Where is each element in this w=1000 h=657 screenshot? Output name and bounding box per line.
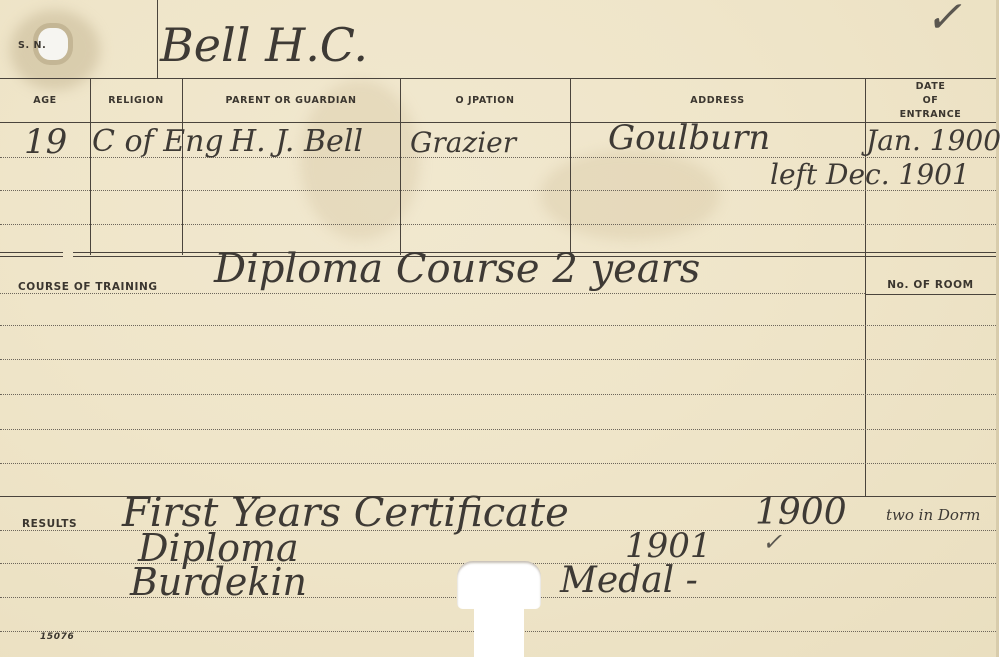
- form-number: 15076: [40, 632, 74, 642]
- entry-rule: [0, 224, 996, 225]
- header-religion: RELIGION: [90, 95, 182, 106]
- course-rule: [0, 293, 865, 294]
- header-date-of-entrance: DATE OF ENTRANCE: [865, 80, 996, 122]
- course-rule: [0, 325, 996, 326]
- result-medal: Medal -: [560, 560, 698, 601]
- entry-religion: C of Eng: [92, 124, 224, 159]
- name-divider: [157, 0, 158, 78]
- header-bottom-line: [0, 122, 996, 123]
- entry-parent: H. J. Bell: [230, 124, 363, 159]
- result-year-1: 1900: [755, 492, 847, 533]
- result-note-1: two in Dorm: [886, 506, 980, 524]
- entry-occupation: Grazier: [410, 126, 516, 159]
- course-value: Diploma Course 2 years: [214, 246, 700, 292]
- paper-stain: [540, 150, 720, 240]
- course-rule: [0, 359, 996, 360]
- entry-address: Goulburn: [608, 118, 770, 158]
- header-occupation: O JPATION: [400, 95, 570, 106]
- filing-slot-stem: [474, 600, 524, 657]
- course-rule: [0, 463, 996, 464]
- student-name: Bell H.C.: [160, 18, 368, 72]
- student-record-card: S. N. Bell H.C. ✓ AGE RELIGION PARENT OR…: [0, 0, 999, 657]
- results-label: RESULTS: [22, 518, 77, 530]
- header-top-line: [0, 78, 996, 79]
- course-rule: [0, 429, 996, 430]
- course-label: COURSE OF TRAINING: [18, 281, 158, 293]
- course-rule: [0, 394, 996, 395]
- header-parent: PARENT OR GUARDIAN: [182, 95, 400, 106]
- name-label: S. N.: [18, 40, 108, 51]
- header-date-line2: OF: [865, 94, 996, 108]
- entry-age: 19: [24, 122, 67, 162]
- double-line: [0, 256, 63, 257]
- header-age: AGE: [0, 95, 90, 106]
- header-address: ADDRESS: [570, 95, 865, 106]
- entry-date-left: left Dec. 1901: [770, 158, 970, 191]
- check-mark-icon: ✓: [925, 0, 962, 43]
- result-check-icon: ✓: [762, 528, 782, 556]
- result-line-3: Burdekin: [130, 560, 307, 604]
- room-underline: [865, 294, 996, 295]
- header-date-line1: DATE: [865, 80, 996, 94]
- room-label: No. OF ROOM: [865, 279, 996, 291]
- header-date-line3: ENTRANCE: [865, 108, 996, 122]
- double-line: [0, 252, 63, 253]
- entry-date-entrance: Jan. 1900: [866, 124, 1000, 157]
